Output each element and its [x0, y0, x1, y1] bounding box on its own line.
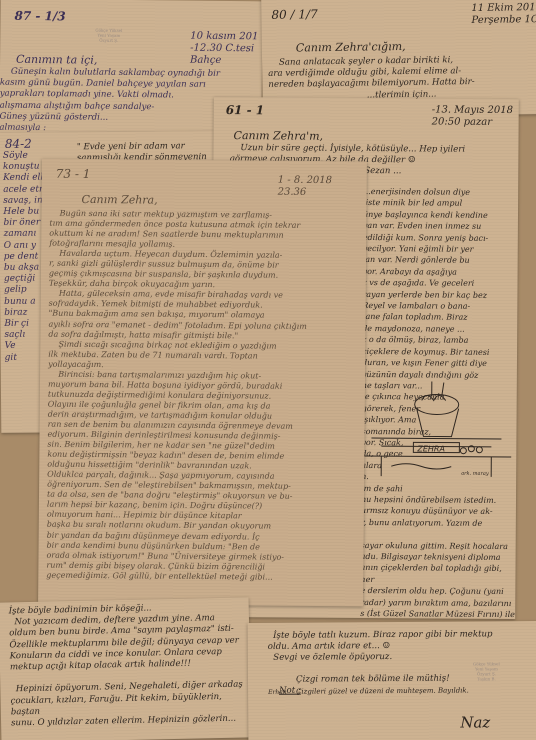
letter-73-1: 73 - 1 1 - 8. 2018 23.36 Canım Zehra, Bu…: [38, 159, 367, 607]
letter-body: Sana anlatacak şeyler o kadar birikti ki…: [268, 54, 536, 103]
stamp: Gökçe Yüksel Yeni Yaşam Özyurt Ş. Taşkın…: [473, 661, 500, 681]
letter-number: 73 - 1: [56, 167, 91, 181]
salutation: Canım Zehra,: [82, 193, 158, 207]
note-line-2: Çizgileri güzel ve düzeni de muhteşem. B…: [296, 685, 536, 698]
svg-text:ark. maray: ark. maray: [461, 471, 489, 477]
letter-number: 84-2: [5, 137, 32, 151]
letter-number: 80 / 1/7: [271, 7, 317, 22]
letter-body: İşte böyle badinimin bir köşeği... Not y…: [9, 601, 252, 729]
letter-number: 61 - 1: [226, 103, 264, 117]
signature: Naz: [460, 713, 490, 731]
letter-date: -13. Mayıs 2018 20:50 pazar: [432, 104, 513, 129]
sketch-drawing: ZEHRA ark. maray: [361, 376, 512, 487]
letter-body: Bugün sana iki satır mektup yazmıştım ve…: [46, 209, 361, 583]
letter-date: 10 kasım 201 -12.30 C.tesi Bahçe: [190, 31, 258, 68]
letter-date: 11 Ekim 201 Perşembe 1C: [471, 2, 536, 27]
svg-text:ZEHRA: ZEHRA: [416, 444, 445, 453]
salutation: Canım Zehra'm,: [234, 129, 324, 143]
salutation: Canım Zehra'cığım,: [296, 40, 406, 55]
letter-body: İşte böyle tatlı kuzum. Biraz rapor gibi…: [268, 629, 536, 664]
letter-closing-right: İşte böyle tatlı kuzum. Biraz rapor gibi…: [248, 621, 536, 740]
letter-number: 87 - 1/3: [14, 9, 65, 24]
letter-date: 1 - 8. 2018 23.36: [278, 175, 332, 199]
letter-closing-left: İşte böyle badinimin bir köşeği... Not y…: [0, 597, 251, 740]
stamp: Gökçe Yüksel Yeni Yaşam Özyurt Ş.: [95, 28, 122, 43]
salutation: Canımın ta içi,: [16, 53, 97, 67]
